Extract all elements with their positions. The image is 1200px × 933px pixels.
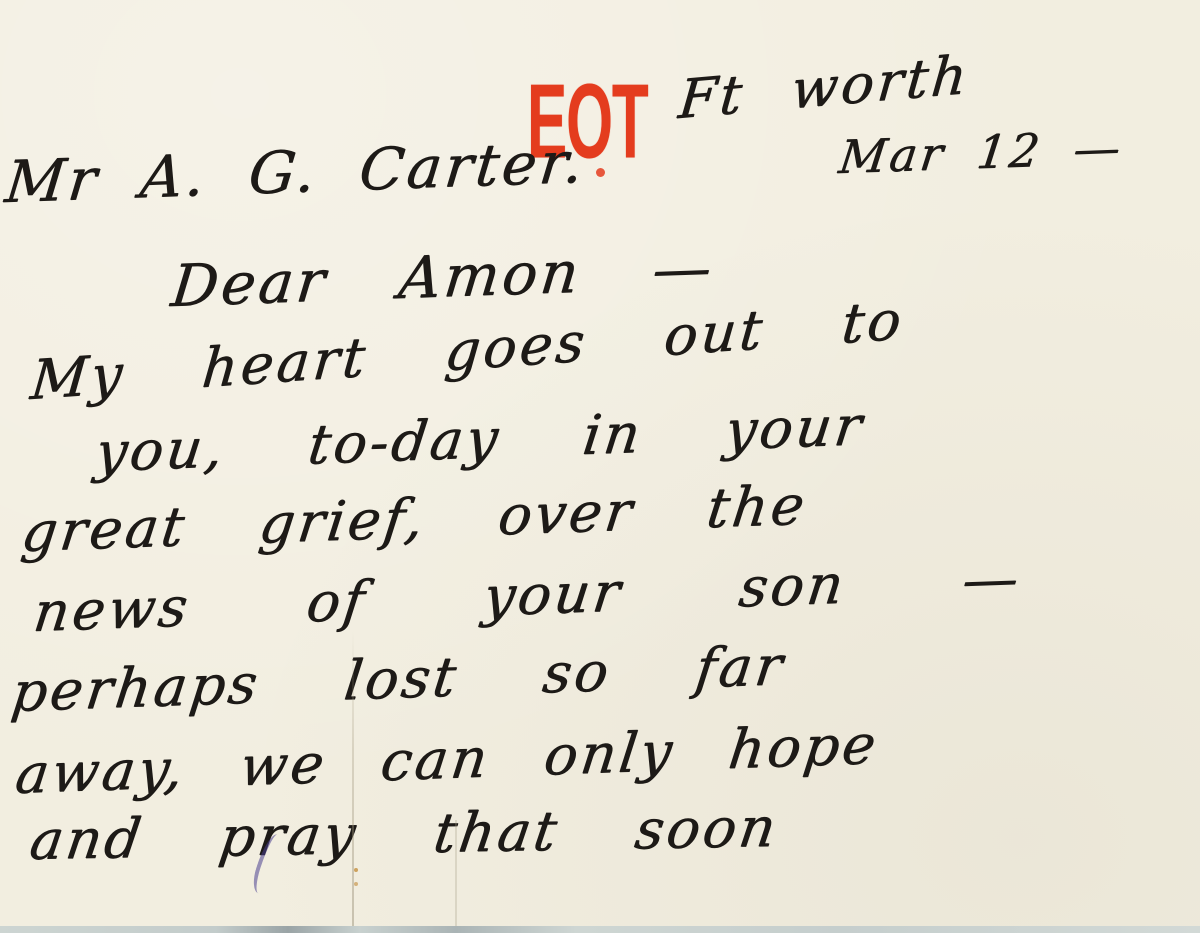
paper-speck	[354, 868, 358, 872]
letter-body-line: perhaps lost so far	[8, 633, 789, 724]
eot-stamp-period	[596, 168, 605, 177]
scan-bottom-edge	[0, 926, 1200, 933]
letter-body-line: you, to-day in your	[92, 393, 868, 484]
letter-body-line: and pray that soon	[26, 795, 782, 872]
letter-body-line: away, we can only hope	[12, 712, 882, 806]
paper-crease-mark	[455, 820, 457, 930]
letter-place: Ft worth	[676, 43, 972, 131]
paper-crease-mark	[352, 630, 354, 928]
letter-date: Mar 12 —	[836, 120, 1126, 184]
letter-recipient: Mr A. G. Carter.	[2, 128, 589, 216]
letter-page: EOT Ft worth Mar 12 — Mr A. G. Carter. D…	[0, 0, 1200, 933]
letter-body-line: great grief, over the	[18, 473, 811, 564]
letter-body-line: news of your son —	[30, 546, 1025, 644]
